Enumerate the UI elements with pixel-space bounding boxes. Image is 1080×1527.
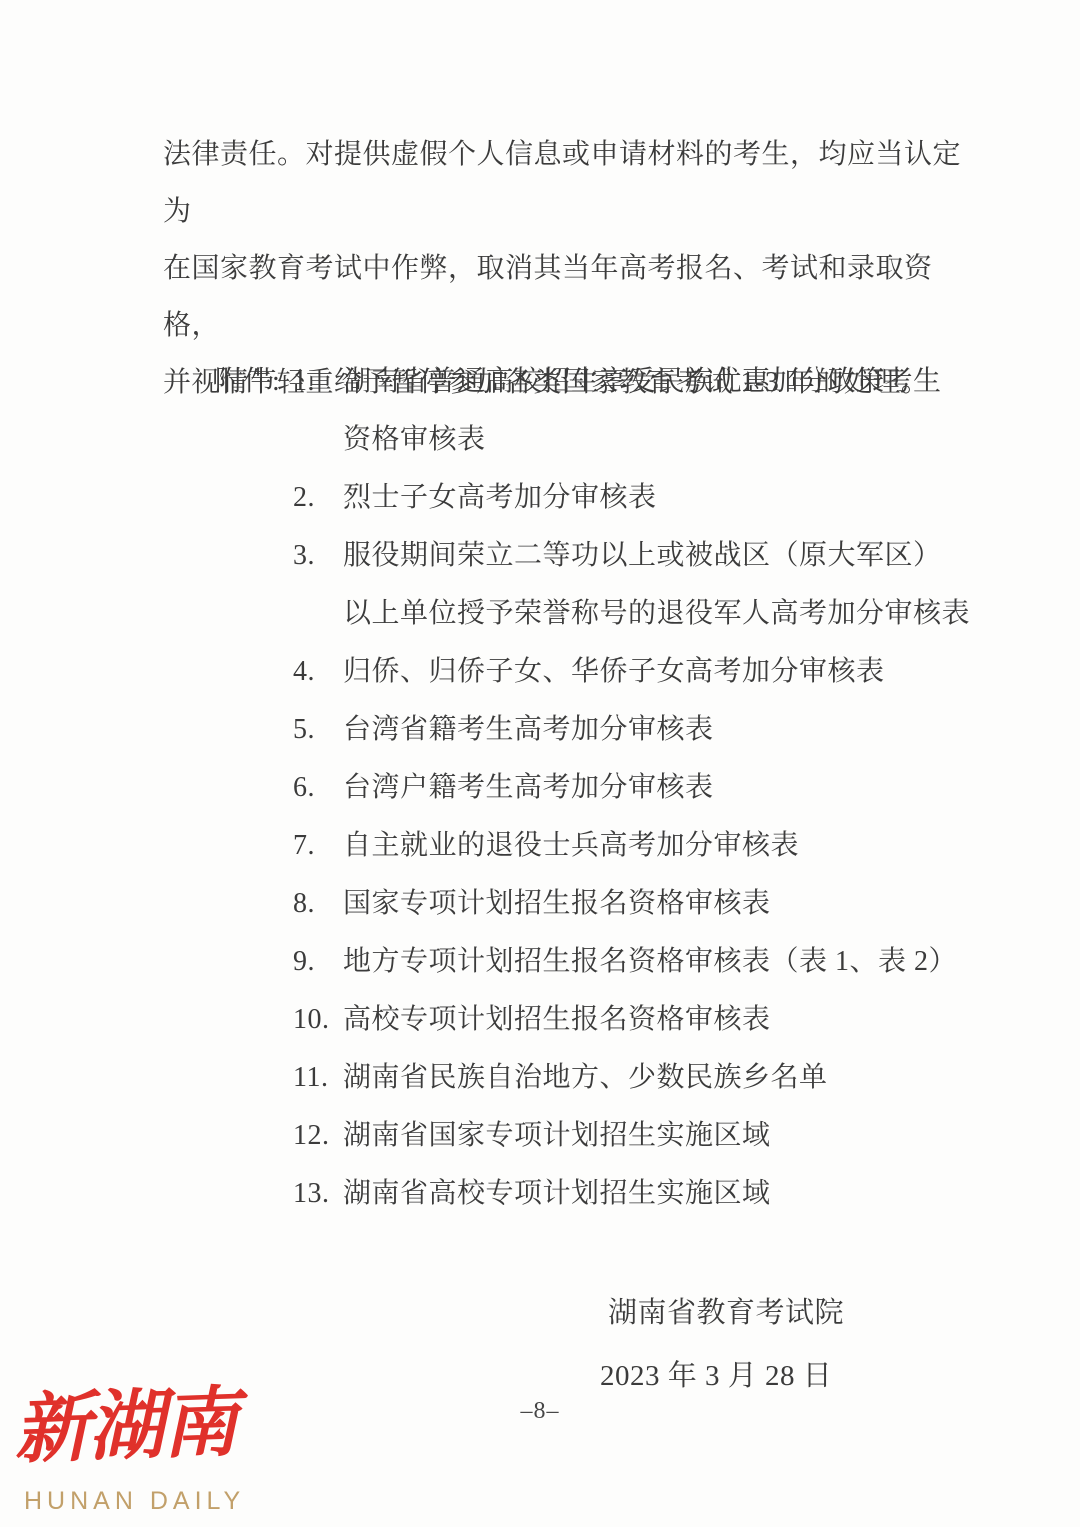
attachment-item: 8.国家专项计划招生报名资格审核表 — [215, 875, 970, 933]
attachment-item: 7.自主就业的退役士兵高考加分审核表 — [215, 817, 970, 875]
attachment-number: 11. — [293, 1049, 343, 1107]
attachment-text: 服役期间荣立二等功以上或被战区（原大军区）以上单位授予荣誉称号的退役军人高考加分… — [343, 527, 970, 643]
attachment-text: 湖南省国家专项计划招生实施区域 — [343, 1107, 771, 1165]
attachment-text: 湖南省普通高校招生享受民族优惠加分政策考生资格审核表 — [343, 353, 942, 469]
attachment-item: 2.烈士子女高考加分审核表 — [215, 469, 970, 527]
hunan-daily-logo-en: HUNAN DAILY — [24, 1487, 245, 1516]
attachment-number: 9. — [293, 933, 343, 991]
attachment-number: 7. — [293, 817, 343, 875]
attachment-number: 10. — [293, 991, 343, 1049]
attachments-label: 附件: — [215, 353, 293, 411]
attachment-number: 3. — [293, 527, 343, 585]
attachment-text: 归侨、归侨子女、华侨子女高考加分审核表 — [343, 643, 885, 701]
attachment-number: 2. — [293, 469, 343, 527]
attachment-item: 4.归侨、归侨子女、华侨子女高考加分审核表 — [215, 643, 970, 701]
attachment-number: 1. — [293, 353, 343, 411]
attachment-item: 11.湖南省民族自治地方、少数民族乡名单 — [215, 1049, 970, 1107]
attachment-item: 13.湖南省高校专项计划招生实施区域 — [215, 1165, 970, 1223]
attachment-list: 附件:1.湖南省普通高校招生享受民族优惠加分政策考生资格审核表2.烈士子女高考加… — [215, 353, 970, 1223]
attachment-text: 湖南省高校专项计划招生实施区域 — [343, 1165, 771, 1223]
attachment-text: 高校专项计划招生报名资格审核表 — [343, 991, 771, 1049]
attachment-text: 国家专项计划招生报名资格审核表 — [343, 875, 771, 933]
attachment-item: 3.服役期间荣立二等功以上或被战区（原大军区）以上单位授予荣誉称号的退役军人高考… — [215, 527, 970, 643]
attachment-number: 12. — [293, 1107, 343, 1165]
attachment-item: 5.台湾省籍考生高考加分审核表 — [215, 701, 970, 759]
attachment-text: 台湾省籍考生高考加分审核表 — [343, 701, 714, 759]
attachment-text: 地方专项计划招生报名资格审核表（表 1、表 2） — [343, 933, 957, 991]
attachment-item: 12.湖南省国家专项计划招生实施区域 — [215, 1107, 970, 1165]
attachment-number: 6. — [293, 759, 343, 817]
document-page: 法律责任。对提供虚假个人信息或申请材料的考生，均应当认定为 在国家教育考试中作弊… — [0, 0, 1080, 1527]
paragraph-line: 法律责任。对提供虚假个人信息或申请材料的考生，均应当认定为 — [163, 126, 963, 240]
attachment-text: 湖南省民族自治地方、少数民族乡名单 — [343, 1049, 828, 1107]
attachment-number: 5. — [293, 701, 343, 759]
attachment-item: 10.高校专项计划招生报名资格审核表 — [215, 991, 970, 1049]
attachment-item: 附件:1.湖南省普通高校招生享受民族优惠加分政策考生资格审核表 — [215, 353, 970, 469]
attachment-text: 自主就业的退役士兵高考加分审核表 — [343, 817, 799, 875]
hunan-daily-logo-cn: 新湖南 — [12, 1374, 237, 1477]
attachment-text: 台湾户籍考生高考加分审核表 — [343, 759, 714, 817]
attachment-number: 8. — [293, 875, 343, 933]
paragraph-line: 在国家教育考试中作弊，取消其当年高考报名、考试和录取资格， — [163, 240, 963, 354]
attachment-number: 13. — [293, 1165, 343, 1223]
attachment-number: 4. — [293, 643, 343, 701]
issuing-org: 湖南省教育考试院 — [600, 1282, 844, 1345]
attachment-item: 9.地方专项计划招生报名资格审核表（表 1、表 2） — [215, 933, 970, 991]
signature-block: 湖南省教育考试院 2023 年 3 月 28 日 — [600, 1282, 844, 1408]
attachment-item: 6.台湾户籍考生高考加分审核表 — [215, 759, 970, 817]
attachment-text: 烈士子女高考加分审核表 — [343, 469, 657, 527]
